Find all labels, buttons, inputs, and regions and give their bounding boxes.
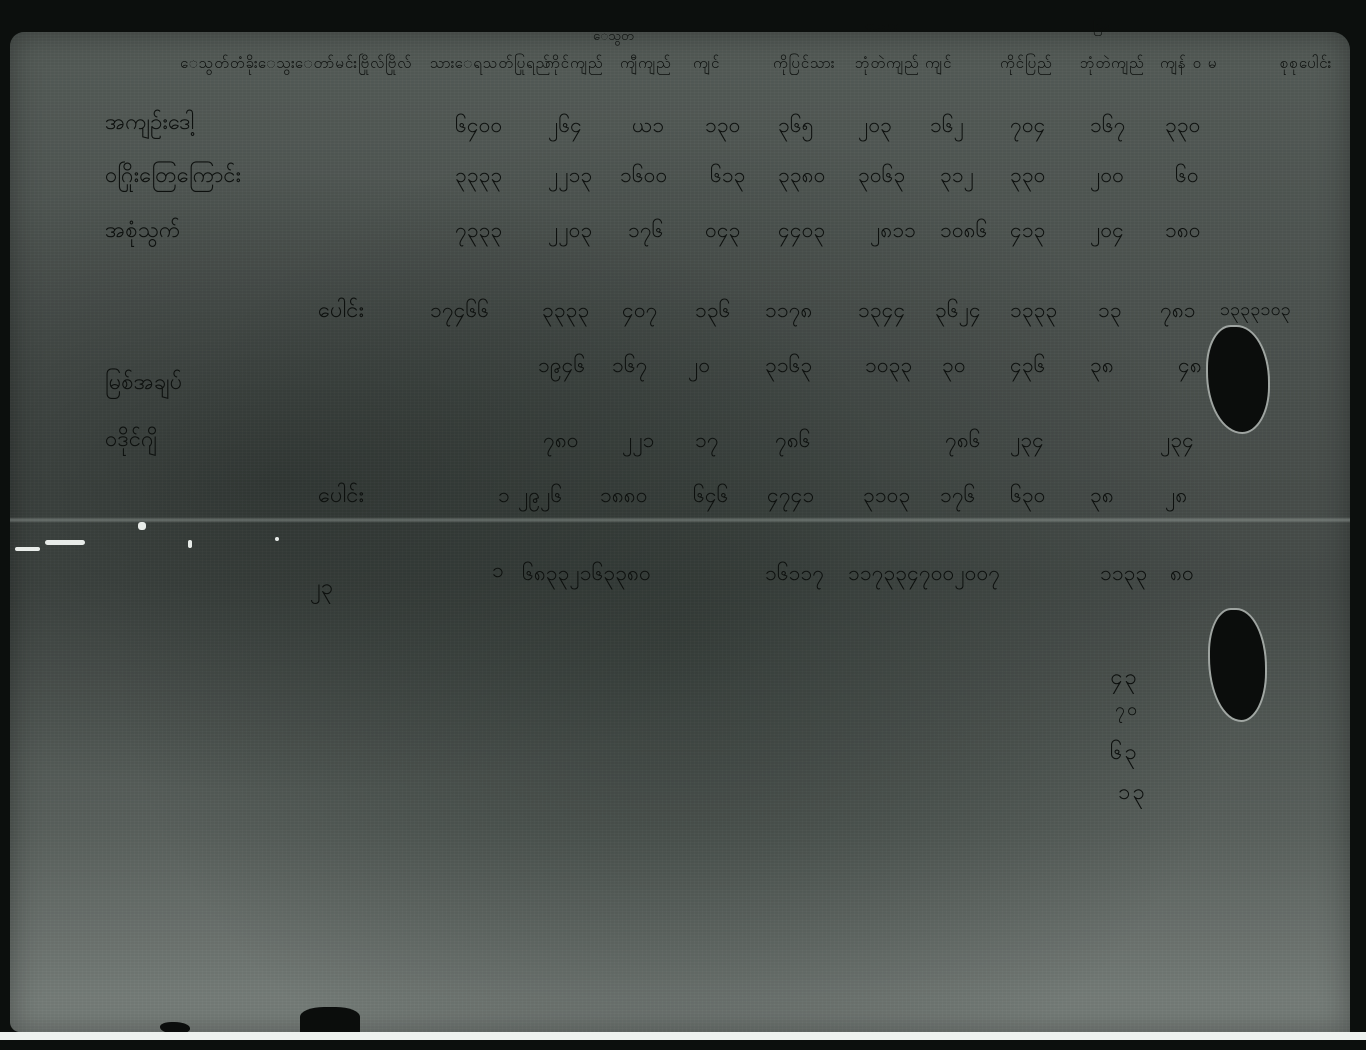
table-cell: ၃၃၃၃ [455, 162, 502, 193]
row-label-subtotal: ပေါင်း [318, 295, 364, 328]
table-cell: ၂၀ [688, 352, 710, 383]
table-cell: ၂၀၄ [1090, 217, 1124, 248]
table-cell: ၁၃ [1098, 297, 1122, 328]
table-cell: ၁၃၃၃၁၀၃ [1220, 297, 1291, 324]
row-label: မြစ်အချပ် [105, 367, 182, 400]
table-cell: ၄၄၀၃ [778, 217, 825, 248]
table-cell: ၁၀၃၃ [865, 352, 912, 383]
table-cell: ၆၄၀၀ [455, 112, 502, 143]
table-cell: ၁၇၄၆၆ [430, 297, 489, 328]
table-cell: ၁ [498, 482, 510, 513]
table-cell: ၄၈ [1178, 352, 1202, 383]
column-header: ဘုံတဲကျည် [1080, 54, 1145, 76]
table-cell: ၁၈၈၀ [600, 482, 648, 513]
table-cell: ၂၀၃ [858, 112, 892, 143]
margin-tally: ၁၃ [1118, 777, 1147, 810]
speck [15, 547, 40, 551]
table-cell: ၂၂၁ [622, 427, 654, 458]
table-cell: ၈၀ [1170, 560, 1194, 591]
table-cell: ၇၈၁ [1160, 297, 1196, 328]
header-top-mark: ေသွတ [593, 28, 634, 47]
table-cell: ၁၆၁၁၇ [765, 560, 824, 591]
table-cell: ၃၃၃၃ [542, 297, 589, 328]
table-cell: ၃၆၂၄ [935, 297, 981, 328]
row-label: အကျဉ်းဒေါ့ [105, 107, 194, 140]
speck [275, 537, 279, 541]
table-cell: ၁၆၂ [930, 112, 964, 143]
table-cell: ၂၂၀၃ [548, 217, 592, 248]
row-label: ဝဒိုင်ဂျိ [105, 424, 157, 457]
column-header: သားေရသတ်ပြုရည် [430, 54, 551, 76]
column-header: ကိုင်ပြည် [1000, 54, 1053, 76]
column-header: စုစုပေါင်း [1280, 54, 1332, 76]
column-header: ကျီကျည် [620, 54, 672, 76]
table-cell: ၁၀၈၆ [940, 217, 987, 248]
column-header: ကျင် [693, 54, 720, 76]
table-cell: ၃၆၅ [778, 112, 813, 143]
table-cell: ၇၀၄ [1010, 112, 1045, 143]
table-cell: ၁၃၀ [705, 112, 740, 143]
table-cell: ၁၈၀ [1165, 217, 1201, 248]
table-cell: ၁ [492, 557, 504, 588]
table-cell: ၄၁၃ [1010, 217, 1045, 248]
table-cell: ၂၃၄ [1010, 427, 1044, 458]
table-cell: ၃၀၆၃ [858, 162, 905, 193]
row-label: အစုံသွက် [105, 215, 180, 248]
table-cell: ၇၈၆ [775, 427, 811, 458]
table-cell: ၁၁၇၈ [765, 297, 812, 328]
table-cell: ၁၆၇ [1090, 112, 1125, 143]
margin-tally: ၇၀ [1115, 697, 1139, 724]
column-header: ကျန် ဝ မ [1160, 54, 1217, 76]
table-cell: ၁၆၀၀ [620, 162, 667, 193]
table-cell: ၁၇၆ [628, 217, 663, 248]
column-header: ေသွတ်တံခိုးေသွးေတာ်မင်းဗြိုလ်ဗြိုလ် [180, 54, 412, 76]
row-label: ဝဂြိုးတြေကြောင်း [105, 160, 241, 193]
column-header: ကျင် [925, 54, 952, 76]
table-cell: ၆၃၀ [1010, 482, 1045, 513]
table-cell: ၁၁၇၃၃၄၇၀၀၂၀၀၇ [848, 560, 1000, 591]
table-cell: ၃၁၀၃ [863, 482, 910, 513]
manuscript-slate: ေသွတ တသား ပြမ ေသွတ်တံခိုးေသွးေတာ်မင်းဗြိ… [10, 32, 1350, 1032]
table-cell: ၁၃၃၃ [1010, 297, 1057, 328]
table-cell: ၂၉၂၆ [518, 482, 562, 513]
table-cell: ၀၄၃ [705, 217, 740, 248]
table-cell: ၇၈၆ [945, 427, 981, 458]
slate-bottom-edge [0, 1032, 1366, 1040]
column-header: ကိုင်ကျည် [545, 54, 604, 76]
speck [188, 540, 192, 548]
table-cell: ၃၈ [1090, 482, 1114, 513]
table-cell: ၁၃၄၄ [858, 297, 905, 328]
table-cell: ၄၃၆ [1010, 352, 1045, 383]
table-cell: ၂၀၀ [1090, 162, 1124, 193]
row-label-total: ၂၃ [310, 572, 333, 605]
table-cell: ၃၃၈၀ [778, 162, 825, 193]
table-cell: ၃၁၂ [940, 162, 974, 193]
margin-tally: ၄၃ [1110, 662, 1139, 695]
table-cell: ၇၃၃၃ [455, 217, 502, 248]
damage-blot [300, 1007, 360, 1032]
table-cell: ၆၄၆ [693, 482, 728, 513]
table-cell: ၃၈ [1090, 352, 1114, 383]
column-header: ကိုပြင်သား [773, 54, 836, 76]
header-top-mark: ပြမ [1093, 18, 1110, 37]
column-header: ဘုံတဲကျည် [855, 54, 920, 76]
table-cell: ၃၃၀ [1010, 162, 1045, 193]
table-cell: ၄၇၄၁ [767, 482, 814, 513]
table-cell: ၃၃၀ [1165, 112, 1200, 143]
table-cell: ၇၈၀ [543, 427, 579, 458]
table-cell: ၁၁၃၃ [1100, 560, 1147, 591]
table-cell: ၂၈ [1165, 482, 1187, 513]
speck [45, 540, 85, 545]
table-cell: ၂၃၄ [1160, 427, 1194, 458]
table-cell: ၃၀ [942, 352, 966, 383]
margin-tally: ၆၃ [1110, 737, 1139, 770]
table-cell: ၁၉၄၆ [538, 352, 585, 383]
header-top-mark: တသား [865, 18, 899, 37]
table-cell: ၆၀ [1175, 162, 1199, 193]
fold-crease [10, 517, 1350, 523]
table-cell: ၁၆၇ [612, 352, 647, 383]
table-cell: ယ၁ [632, 112, 664, 143]
speck [138, 522, 146, 530]
table-cell: ၂၈၁၁ [870, 217, 916, 248]
table-cell: ၁၃၆ [695, 297, 730, 328]
table-cell: ၁၇၆ [940, 482, 975, 513]
table-cell: ၂၂၁၃ [548, 162, 592, 193]
table-cell: ၄၀၇ [622, 297, 657, 328]
table-cell: ၁၇ [695, 427, 719, 458]
row-label-subtotal: ပေါင်း [318, 480, 364, 513]
table-cell: ၂၆၄ [548, 112, 582, 143]
table-cell: ၆၁၃ [710, 162, 745, 193]
table-cell: ၆၈၃၃၂၁၆၃၃၈၀ [522, 560, 651, 591]
table-cell: ၃၁၆၃ [765, 352, 812, 383]
